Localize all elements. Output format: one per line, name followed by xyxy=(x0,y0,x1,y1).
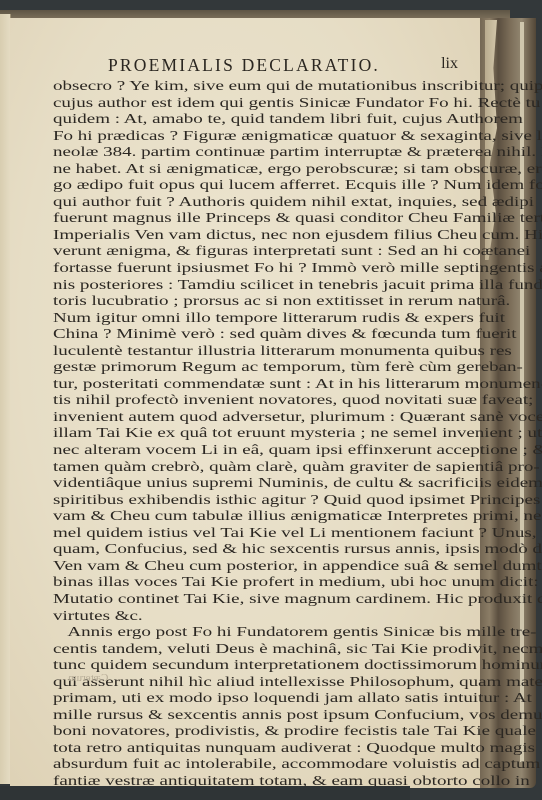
text-line: tur, posteritati commendatæ sunt : At in… xyxy=(53,376,450,393)
text-line: quam, Confucius, sed & hic sexcentis rur… xyxy=(53,541,450,558)
body-text: obsecro ? Ye kim, sive eum qui de mutati… xyxy=(53,78,450,790)
book-cover-top xyxy=(0,10,510,18)
page-number: lix xyxy=(441,55,458,73)
running-head: PROEMIALIS DECLARATIO. xyxy=(108,55,380,76)
text-line: fuerunt magnus ille Princeps & quasi con… xyxy=(53,210,450,227)
text-line: China ? Minimè verò : sed quàm dives & f… xyxy=(53,326,450,343)
text-line: quidem : At, amabo te, quid tandem libri… xyxy=(53,111,450,128)
text-line: Num igitur omni illo tempore litterarum … xyxy=(53,310,450,327)
text-line: cujus author est idem qui gentis Sinicæ … xyxy=(53,95,450,112)
text-line: vam & Cheu cum tabulæ illius ænigmaticæ … xyxy=(53,508,450,525)
text-line: tota retro antiquitas nunquam audiverat … xyxy=(53,740,450,757)
text-line: centis tandem, veluti Deus è machinâ, si… xyxy=(53,641,450,658)
text-line: primam, uti ex modo ipso loquendi jam al… xyxy=(53,690,450,707)
text-line: ne habet. At si ænigmaticæ, ergo perobsc… xyxy=(53,161,450,178)
text-line: verunt ænigma, & figuras interpretati su… xyxy=(53,243,450,260)
text-line: mel quidem istius vel Tai Kie vel Li men… xyxy=(53,525,450,542)
text-line: Mutatio continet Tai Kie, sive magnum ca… xyxy=(53,591,450,608)
text-line: Ven vam & Cheu cum posterior, in appendi… xyxy=(53,558,450,575)
text-line: tunc quidem secundum interpretationem do… xyxy=(53,657,450,674)
text-line: Imperialis Ven vam dictus, nec non ejusd… xyxy=(53,227,450,244)
text-line: binas illas voces Tai Kie profert in med… xyxy=(53,574,450,591)
text-line: tamen quàm crebrò, quàm clarè, quàm grav… xyxy=(53,459,450,476)
text-line: videntiâque unius supremi Numinis, de cu… xyxy=(53,475,450,492)
text-line: virtutes &c. xyxy=(53,608,450,625)
background-bottom xyxy=(0,786,410,800)
bleed-through-text: Cæterum xyxy=(68,672,108,684)
text-line: invenient autem quod adversetur, plurimu… xyxy=(53,409,450,426)
paragraph-start-line: Annis ergo post Fo hi Fundatorem gentis … xyxy=(53,624,450,641)
text-line: qui author fuit ? Authoris quidem nihil … xyxy=(53,194,450,211)
text-line: toris lucubratio ; prorsus ac si non ext… xyxy=(53,293,450,310)
text-line: go ædipo fuit opus qui lucem afferret. E… xyxy=(53,177,450,194)
text-line: neolæ 384. partim continuæ partim interr… xyxy=(53,144,450,161)
text-line: luculentè testantur illustria litterarum… xyxy=(53,343,450,360)
text-line: nis posteriores : Tamdiu scilicet in ten… xyxy=(53,277,450,294)
text-line: qui asserunt nihil hìc aliud intellexiss… xyxy=(53,674,450,691)
text-line: illam Tai Kie ex quâ tot eruunt mysteria… xyxy=(53,425,450,442)
text-line: tis nihil profectò invenient novatores, … xyxy=(53,392,450,409)
text-line: fortasse fuerunt ipsiusmet Fo hi ? Immò … xyxy=(53,260,450,277)
text-line: nec alteram vocem Li in eâ, quam ipsi ef… xyxy=(53,442,450,459)
text-line: spiritibus exhibendis isthic agitur ? Qu… xyxy=(53,492,450,509)
page-header: PROEMIALIS DECLARATIO. lix xyxy=(78,55,458,77)
text-line: mille rursus & sexcentis annis post ipsu… xyxy=(53,707,450,724)
text-line: Fo hi prædicas ? Figuræ ænigmaticæ quatu… xyxy=(53,128,450,145)
text-line: boni novatores, prodivistis, & prodire f… xyxy=(53,723,450,740)
text-line: obsecro ? Ye kim, sive eum qui de mutati… xyxy=(53,78,450,95)
text-line: absurdum fuit ac intolerabile, accommoda… xyxy=(53,756,450,773)
text-line: gestæ primorum Regum ac temporum, tùm fe… xyxy=(53,359,450,376)
